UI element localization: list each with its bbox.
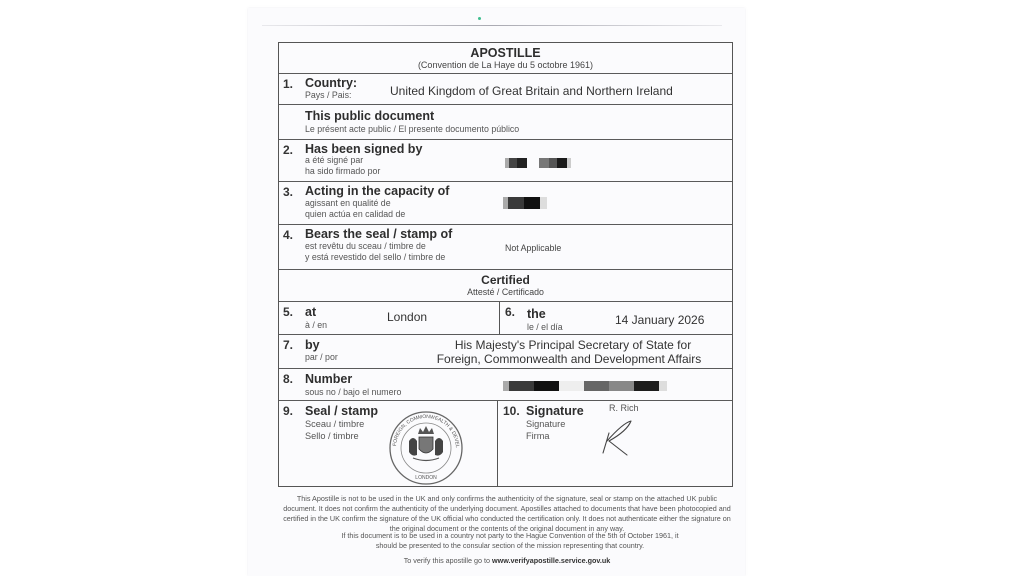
- signed-by-label: Has been signed by: [305, 142, 422, 156]
- field-number: 7.: [283, 338, 293, 352]
- date-value: 14 January 2026: [615, 313, 704, 327]
- date-label: the: [527, 307, 546, 321]
- signature-label: Signature: [526, 404, 584, 418]
- verify-prefix: To verify this apostille go to: [404, 556, 492, 565]
- certified-label: Certified: [279, 273, 732, 287]
- seal-stamp-sublabel-es: Sello / timbre: [305, 431, 359, 442]
- seal-of-row: 4. Bears the seal / stamp of est revêtu …: [279, 224, 732, 269]
- hague-notice-paragraph: If this document is to be used in a coun…: [330, 531, 690, 551]
- at-sublabel: à / en: [305, 320, 327, 331]
- field-number: 6.: [505, 305, 515, 319]
- field-number: 4.: [283, 228, 293, 242]
- capacity-label: Acting in the capacity of: [305, 184, 449, 198]
- authority-row: 7. by par / por His Majesty's Principal …: [279, 334, 732, 368]
- number-row: 8. Number sous no / bajo el numero: [279, 368, 732, 400]
- authority-value-line1: His Majesty's Principal Secretary of Sta…: [423, 338, 723, 352]
- signed-by-sublabel-es: ha sido firmado por: [305, 166, 380, 177]
- field-number: 9.: [283, 404, 293, 418]
- public-document-row: This public document Le présent acte pub…: [279, 104, 732, 139]
- field-number: 1.: [283, 77, 293, 91]
- signature-sublabel-en: Signature: [526, 419, 565, 430]
- number-sublabel: sous no / bajo el numero: [305, 387, 401, 398]
- signed-by-sublabel-fr: a été signé par: [305, 155, 363, 166]
- field-number: 5.: [283, 305, 293, 319]
- public-document-sublabel: Le présent acte public / El presente doc…: [305, 124, 519, 135]
- field-number: 2.: [283, 143, 293, 157]
- apostille-form: APOSTILLE (Convention de La Haye du 5 oc…: [278, 42, 733, 487]
- place-value: London: [387, 310, 427, 324]
- field-number: 10.: [503, 404, 520, 418]
- seal-of-value: Not Applicable: [505, 243, 561, 253]
- by-sublabel: par / por: [305, 352, 338, 363]
- by-label: by: [305, 338, 320, 352]
- marker-dot: [478, 17, 481, 20]
- column-divider: [497, 401, 498, 486]
- seal-of-sublabel-es: y está revestido del sello / timbre de: [305, 252, 445, 263]
- handwritten-signature-icon: [597, 417, 637, 457]
- certified-sublabel: Attesté / Certificado: [279, 287, 732, 297]
- seal-of-label: Bears the seal / stamp of: [305, 227, 452, 241]
- apostille-subtitle: (Convention de La Haye du 5 octobre 1961…: [279, 60, 732, 70]
- seal-of-sublabel-fr: est revêtu du sceau / timbre de: [305, 241, 426, 252]
- capacity-sublabel-es: quien actúa en calidad de: [305, 209, 405, 220]
- seal-stamp-label: Seal / stamp: [305, 404, 378, 418]
- field-number: 3.: [283, 185, 293, 199]
- capacity-sublabel-fr: agissant en qualité de: [305, 198, 391, 209]
- certified-row: Certified Attesté / Certificado: [279, 269, 732, 301]
- signature-sublabel-es: Firma: [526, 431, 549, 442]
- verify-url-link[interactable]: www.verifyapostille.service.gov.uk: [492, 556, 610, 565]
- authority-value-line2: Foreign, Commonwealth and Development Af…: [419, 352, 719, 366]
- seal-stamp-sublabel-fr: Sceau / timbre: [305, 419, 364, 430]
- verify-line: To verify this apostille go to www.verif…: [282, 556, 732, 566]
- public-document-label: This public document: [305, 109, 434, 123]
- country-value: United Kingdom of Great Britain and Nort…: [390, 84, 673, 98]
- field-number: 8.: [283, 372, 293, 386]
- seal-signature-row: 9. Seal / stamp Sceau / timbre Sello / t…: [279, 400, 732, 486]
- svg-text:LONDON: LONDON: [415, 475, 437, 481]
- number-redacted-value: [503, 381, 667, 391]
- title-row: APOSTILLE (Convention de La Haye du 5 oc…: [279, 43, 732, 73]
- column-divider: [499, 302, 500, 334]
- capacity-redacted-value: [503, 197, 547, 209]
- signed-by-row: 2. Has been signed by a été signé par ha…: [279, 139, 732, 181]
- disclaimer-paragraph: This Apostille is not to be used in the …: [282, 494, 732, 534]
- signer-name: R. Rich: [609, 403, 639, 413]
- page-edge-rule: [262, 25, 722, 26]
- official-seal-icon: FOREIGN, COMMONWEALTH & DEVELOPMENT OFFI…: [387, 407, 465, 489]
- capacity-row: 3. Acting in the capacity of agissant en…: [279, 181, 732, 224]
- number-label: Number: [305, 372, 352, 386]
- country-sublabel: Pays / Pais:: [305, 90, 351, 101]
- country-row: 1. Country: Pays / Pais: United Kingdom …: [279, 73, 732, 104]
- place-date-row: 5. at à / en London 6. the le / el día 1…: [279, 301, 732, 334]
- country-label: Country:: [305, 76, 357, 90]
- apostille-title: APOSTILLE: [279, 46, 732, 60]
- signed-by-redacted-value: [505, 158, 571, 168]
- date-sublabel: le / el día: [527, 322, 563, 333]
- at-label: at: [305, 305, 316, 319]
